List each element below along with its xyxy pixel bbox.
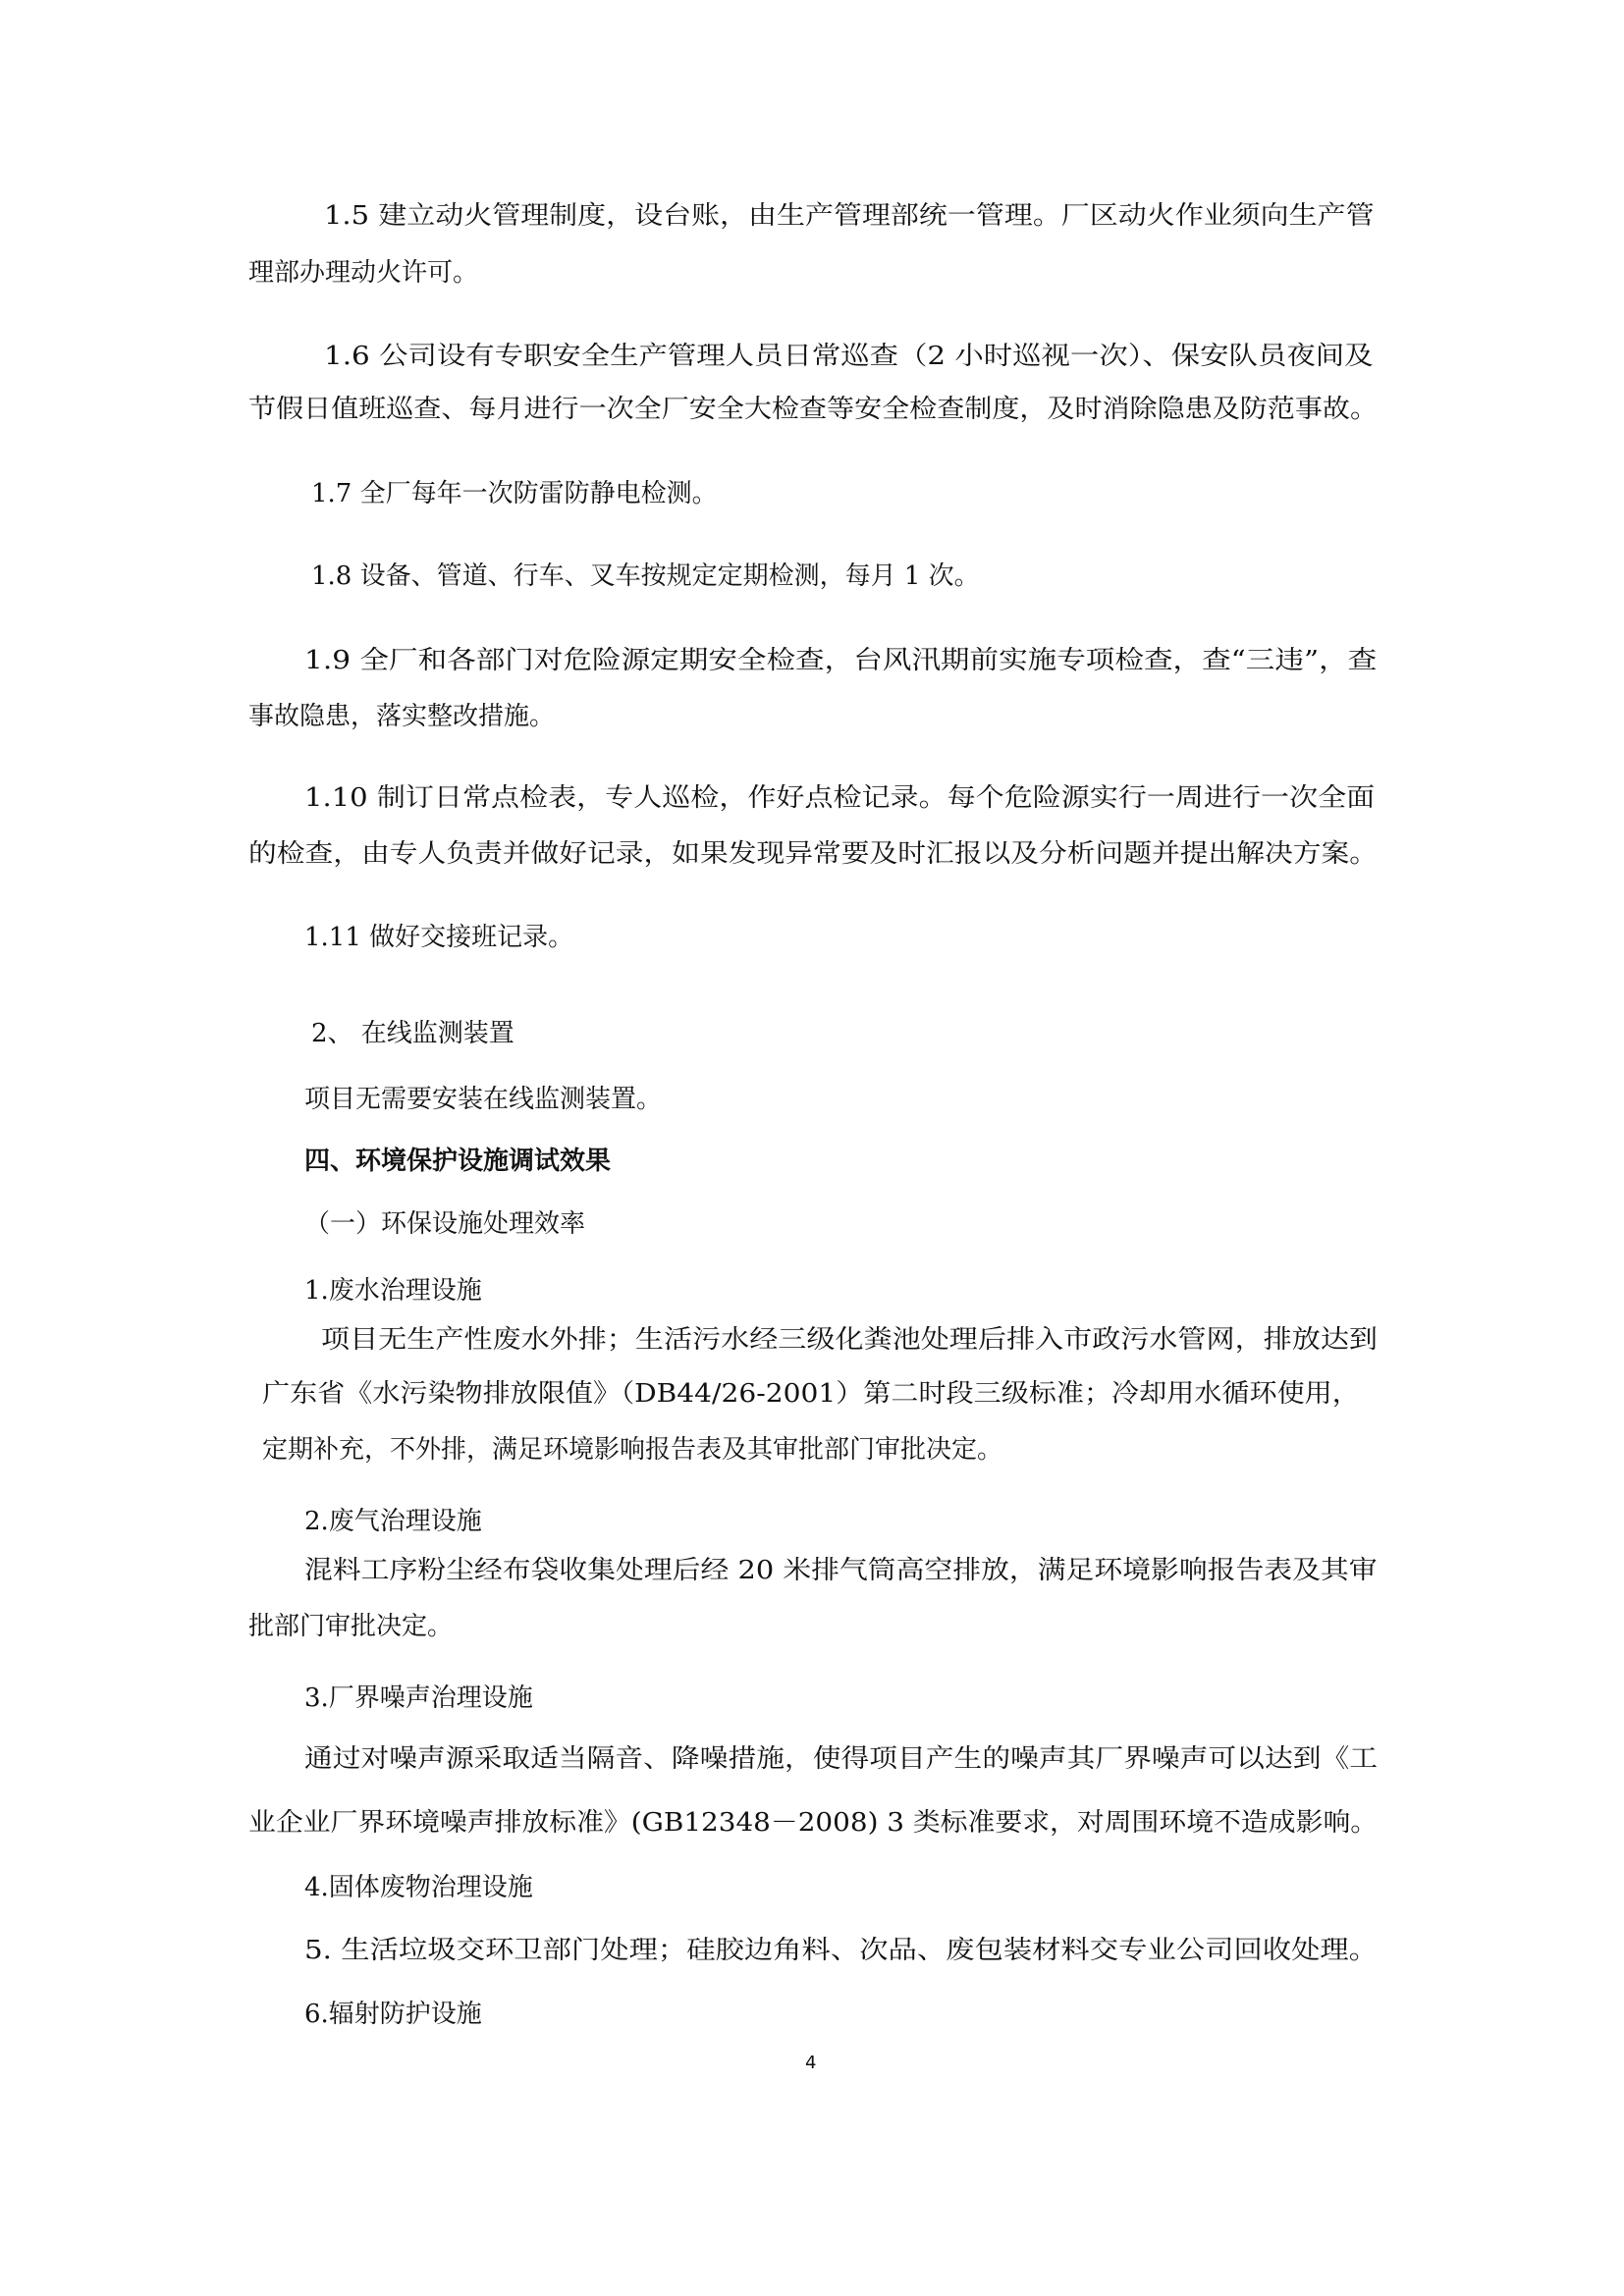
wastewater-title: 1.废水治理设施 (304, 1274, 482, 1308)
paragraph-1-6-line-1: 1.6 公司设有专职安全生产管理人员日常巡查（2 小时巡视一次）、保安队员夜间及 (324, 340, 1373, 373)
noise-title: 3.厂界噪声治理设施 (304, 1682, 533, 1715)
page-number: 4 (805, 2054, 816, 2073)
paragraph-1-10-line-1: 1.10 制订日常点检表，专人巡检，作好点检记录。每个危险源实行一周进行一次全面 (304, 781, 1375, 815)
section-4-heading: 四、环境保护设施调试效果 (304, 1145, 611, 1178)
noise-line-1: 通过对噪声源采取适当隔音、降噪措施，使得项目产生的噪声其厂界噪声可以达到《工 (304, 1742, 1378, 1776)
paragraph-1-9-line-1: 1.9 全厂和各部门对危险源定期安全检查，台风汛期前实施专项检查，查“三违”，查 (304, 644, 1377, 677)
paragraph-1-8: 1.8 设备、管道、行车、叉车按规定定期检测，每月 1 次。 (311, 560, 980, 593)
wastewater-line-1: 项目无生产性废水外排；生活污水经三级化粪池处理后排入市政污水管网，排放达到 (321, 1323, 1378, 1357)
paragraph-1-5-line-2: 理部办理动火许可。 (248, 256, 478, 290)
exhaust-gas-line-1: 混料工序粉尘经布袋收集处理后经 20 米排气筒高空排放，满足环境影响报告表及其审 (304, 1554, 1378, 1587)
paragraph-1-6-line-2: 节假日值班巡查、每月进行一次全厂安全大检查等安全检查制度，及时消除隐患及防范事故… (248, 393, 1378, 426)
section-2-heading: 2、 在线监测装置 (311, 1017, 514, 1050)
solid-waste-title: 4.固体废物治理设施 (304, 1871, 533, 1904)
exhaust-gas-title: 2.废气治理设施 (304, 1505, 482, 1538)
exhaust-gas-line-2: 批部门审批决定。 (248, 1610, 453, 1643)
paragraph-1-7: 1.7 全厂每年一次防雷防静电检测。 (311, 477, 718, 510)
section-2-body: 项目无需要安装在线监测装置。 (304, 1083, 662, 1116)
paragraph-1-11: 1.11 做好交接班记录。 (304, 921, 573, 954)
paragraph-1-10-line-2: 的检查，由专人负责并做好记录，如果发现异常要及时汇报以及分析问题并提出解决方案。 (248, 837, 1378, 871)
document-page: 1.5 建立动火管理制度，设台账，由生产管理部统一管理。厂区动火作业须向生产管 … (0, 0, 1624, 2296)
wastewater-line-3: 定期补充，不外排，满足环境影响报告表及其审批部门审批决定。 (262, 1433, 1002, 1467)
section-4-subheading: （一）环保设施处理效率 (304, 1207, 585, 1241)
wastewater-line-2: 广东省《水污染物排放限值》（DB44/26-2001）第二时段三级标准；冷却用水… (262, 1377, 1360, 1411)
noise-line-2: 业企业厂界环境噪声排放标准》(GB12348－2008) 3 类标准要求，对周围… (248, 1806, 1378, 1840)
paragraph-1-5-line-1: 1.5 建立动火管理制度，设台账，由生产管理部统一管理。厂区动火作业须向生产管 (324, 199, 1375, 233)
paragraph-1-9-line-2: 事故隐患，落实整改措施。 (248, 700, 555, 733)
domestic-waste-item: 5. 生活垃圾交环卫部门处理；硅胶边角料、次品、废包装材料交专业公司回收处理。 (304, 1934, 1378, 1967)
radiation-protection-title: 6.辐射防护设施 (304, 1998, 482, 2031)
